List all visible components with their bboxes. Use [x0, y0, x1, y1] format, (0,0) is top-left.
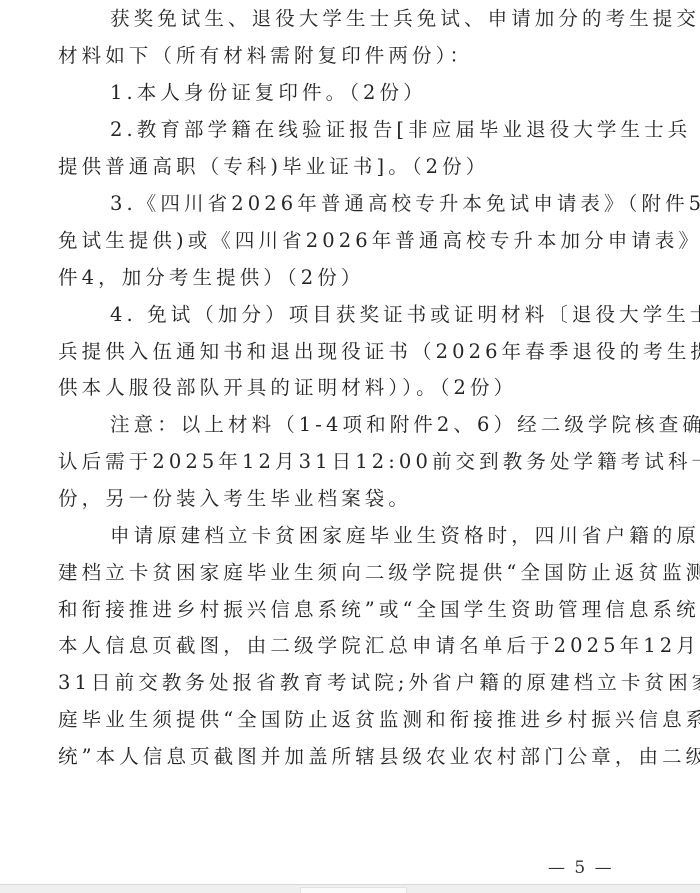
- text-line: 件4，加分考生提供）（2份）: [58, 259, 364, 296]
- text-line: 认后需于2025年12月31日12:00前交到教务处学籍考试科一: [58, 443, 700, 480]
- text-line: 31日前交教务处报省教育考试院;外省户籍的原建档立卡贫困家: [58, 664, 700, 701]
- scrollbar-thumb[interactable]: [300, 887, 407, 893]
- text-line: 统”本人信息页截图并加盖所辖县级农业农村部门公章，由二级: [58, 738, 700, 775]
- text-line: 获奖免试生、退役大学生士兵免试、申请加分的考生提交: [110, 0, 700, 37]
- text-line: 3.《四川省2026年普通高校专升本免试申请表》（附件5,: [110, 185, 700, 222]
- text-line: 庭毕业生须提供“全国防止返贫监测和衔接推进乡村振兴信息系: [58, 701, 700, 738]
- text-line: 份，另一份装入考生毕业档案袋。: [58, 480, 412, 517]
- text-line: 供本人服役部队开具的证明材料））。（2份）: [58, 369, 517, 406]
- text-line: 和衔接推进乡村振兴信息系统”或“全国学生资助管理信息系统: [58, 591, 700, 628]
- text-line: 提供普通高职（专科)毕业证书]。（2份）: [58, 148, 489, 185]
- text-line: 建档立卡贫困家庭毕业生须向二级学院提供“全国防止返贫监测: [58, 554, 700, 591]
- text-line: 注意：以上材料（1-4项和附件2、6）经二级学院核查确: [110, 406, 700, 443]
- text-line: 免试生提供)或《四川省2026年普通高校专升本加分申请表》(附: [58, 222, 700, 259]
- text-line: 材料如下（所有材料需附复印件两份）：: [58, 37, 473, 74]
- text-line: 兵提供入伍通知书和退出现役证书（2026年春季退役的考生提: [58, 333, 700, 370]
- text-line: 1.本人身份证复印件。（2份）: [110, 74, 427, 111]
- text-line: 申请原建档立卡贫困家庭毕业生资格时，四川省户籍的原: [110, 517, 700, 554]
- page-number: — 5 —: [548, 858, 614, 878]
- text-line: 4. 免试（加分）项目获奖证书或证明材料〔退役大学生士: [110, 296, 700, 333]
- text-line: 2.教育部学籍在线验证报告[非应届毕业退役大学生士兵: [110, 111, 691, 148]
- document-page: 获奖免试生、退役大学生士兵免试、申请加分的考生提交 材料如下（所有材料需附复印件…: [0, 0, 700, 878]
- text-line: 本人信息页截图，由二级学院汇总申请名单后于2025年12月: [58, 627, 700, 664]
